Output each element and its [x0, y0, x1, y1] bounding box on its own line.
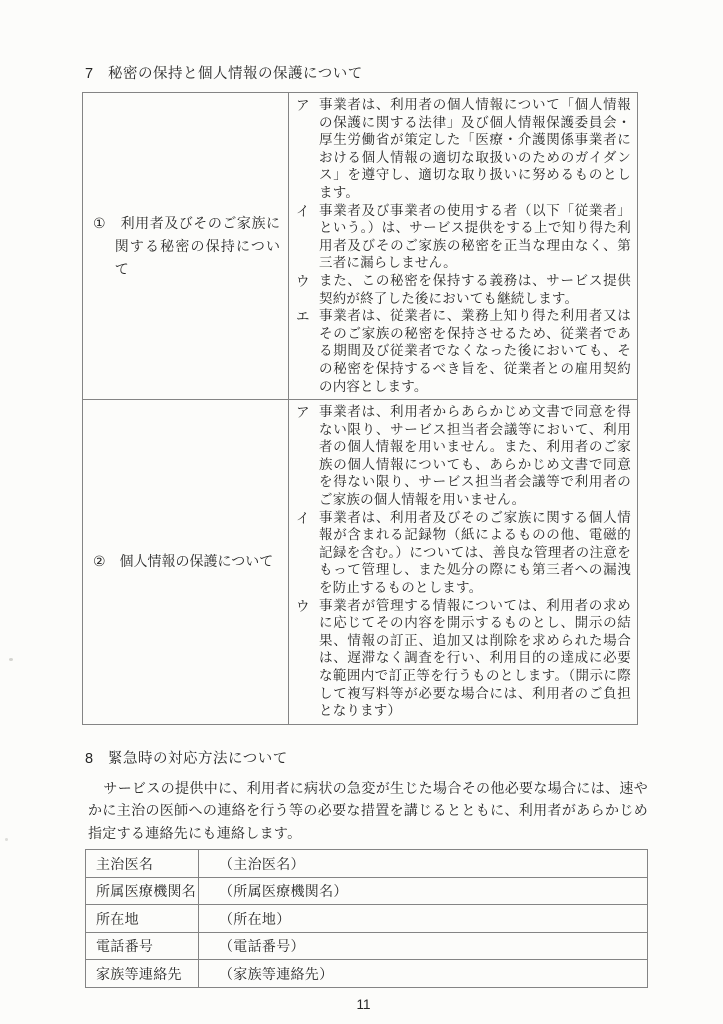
emergency-contact-table: 主治医名 （主治医名） 所属医療機関名 （所属医療機関名） 所在地 （所在地） … [85, 849, 648, 988]
clause-item: ア 事業者は、利用者の個人情報について「個人情報の保護に関する法律」及び個人情報… [296, 96, 631, 202]
section-7-number: 7 [82, 66, 108, 82]
scan-artifact [5, 838, 8, 841]
contact-label: 所在地 [86, 905, 199, 933]
contact-value: （所在地） [199, 905, 648, 933]
contact-label: 所属医療機関名 [86, 877, 199, 905]
clause-text: 事業者は、利用者の個人情報について「個人情報の保護に関する法律」及び個人情報保護… [319, 96, 631, 202]
section-emergency: 8 緊急時の対応方法について サービスの提供中に、利用者に病状の急変が生じた場合… [82, 747, 723, 988]
contact-row-family: 家族等連絡先 （家族等連絡先） [86, 960, 648, 988]
section-8-heading: 8 緊急時の対応方法について [82, 747, 723, 768]
section-confidentiality: 7 秘密の保持と個人情報の保護について ① 利用者及びそのご家族に関する秘密の保… [82, 62, 723, 725]
contact-value: （所属医療機関名） [199, 877, 648, 905]
document-page: 7 秘密の保持と個人情報の保護について ① 利用者及びそのご家族に関する秘密の保… [0, 0, 723, 1024]
row-content-cell: ア 事業者は、利用者の個人情報について「個人情報の保護に関する法律」及び個人情報… [289, 93, 638, 400]
row-label-personal-info: ② 個人情報の保護について [93, 550, 280, 573]
contact-label: 電話番号 [86, 932, 199, 960]
clause-marker: イ [296, 509, 319, 597]
clause-item: ア 事業者は、利用者からあらかじめ文書で同意を得ない限り、サービス担当者会議等に… [296, 403, 631, 509]
contact-value: （主治医名） [199, 850, 648, 878]
clause-text: 事業者及び事業者の使用する者（以下「従業者」という。）は、サービス提供をする上で… [319, 202, 631, 272]
contact-label: 主治医名 [86, 850, 199, 878]
clause-marker: ウ [296, 272, 319, 307]
contact-value: （電話番号） [199, 932, 648, 960]
contact-row-doctor: 主治医名 （主治医名） [86, 850, 648, 878]
section-8-number: 8 [82, 751, 108, 767]
clause-text: 事業者は、利用者及びそのご家族に関する個人情報が含まれる記録物（紙によるものの他… [319, 509, 631, 597]
section-7-heading: 7 秘密の保持と個人情報の保護について [82, 62, 723, 83]
clause-marker: ウ [296, 597, 319, 720]
clause-item: イ 事業者及び事業者の使用する者（以下「従業者」という。）は、サービス提供をする… [296, 202, 631, 272]
contact-row-phone: 電話番号 （電話番号） [86, 932, 648, 960]
clause-item: イ 事業者は、利用者及びそのご家族に関する個人情報が含まれる記録物（紙によるもの… [296, 509, 631, 597]
clause-text: 事業者は、利用者からあらかじめ文書で同意を得ない限り、サービス担当者会議等におい… [319, 403, 631, 509]
clause-text: 事業者が管理する情報については、利用者の求めに応じてその内容を開示するものとし、… [319, 597, 631, 720]
contact-row-institution: 所属医療機関名 （所属医療機関名） [86, 877, 648, 905]
clause-item: ウ 事業者が管理する情報については、利用者の求めに応じてその内容を開示するものと… [296, 597, 631, 720]
table-row-secrecy: ① 利用者及びそのご家族に関する秘密の保持について ア 事業者は、利用者の個人情… [83, 93, 638, 400]
clause-marker: ア [296, 403, 319, 509]
section-8-title: 緊急時の対応方法について [108, 747, 288, 768]
page-number: 11 [82, 997, 645, 1012]
clause-marker: ア [296, 96, 319, 202]
scan-artifact [9, 658, 13, 661]
emergency-paragraph: サービスの提供中に、利用者に病状の急変が生じた場合その他必要な場合には、速やかに… [88, 777, 648, 845]
clause-item: ウ また、この秘密を保持する義務は、サービス提供契約が終了した後においても継続し… [296, 272, 631, 307]
confidentiality-table: ① 利用者及びそのご家族に関する秘密の保持について ア 事業者は、利用者の個人情… [82, 92, 638, 725]
table-row-personal-info: ② 個人情報の保護について ア 事業者は、利用者からあらかじめ文書で同意を得ない… [83, 400, 638, 725]
contact-label: 家族等連絡先 [86, 960, 199, 988]
section-7-title: 秘密の保持と個人情報の保護について [108, 62, 363, 83]
contact-value: （家族等連絡先） [199, 960, 648, 988]
contact-row-address: 所在地 （所在地） [86, 905, 648, 933]
row-label-cell: ① 利用者及びそのご家族に関する秘密の保持について [83, 93, 289, 400]
row-label-cell: ② 個人情報の保護について [83, 400, 289, 725]
row-content-cell: ア 事業者は、利用者からあらかじめ文書で同意を得ない限り、サービス担当者会議等に… [289, 400, 638, 725]
clause-item: エ 事業者は、従業者に、業務上知り得た利用者又はそのご家族の秘密を保持させるため… [296, 307, 631, 395]
row-label-secrecy: ① 利用者及びそのご家族に関する秘密の保持について [93, 212, 280, 281]
clause-text: 事業者は、従業者に、業務上知り得た利用者又はそのご家族の秘密を保持させるため、従… [319, 307, 631, 395]
clause-text: また、この秘密を保持する義務は、サービス提供契約が終了した後においても継続します… [319, 272, 631, 307]
clause-marker: エ [296, 307, 319, 395]
clause-marker: イ [296, 202, 319, 272]
